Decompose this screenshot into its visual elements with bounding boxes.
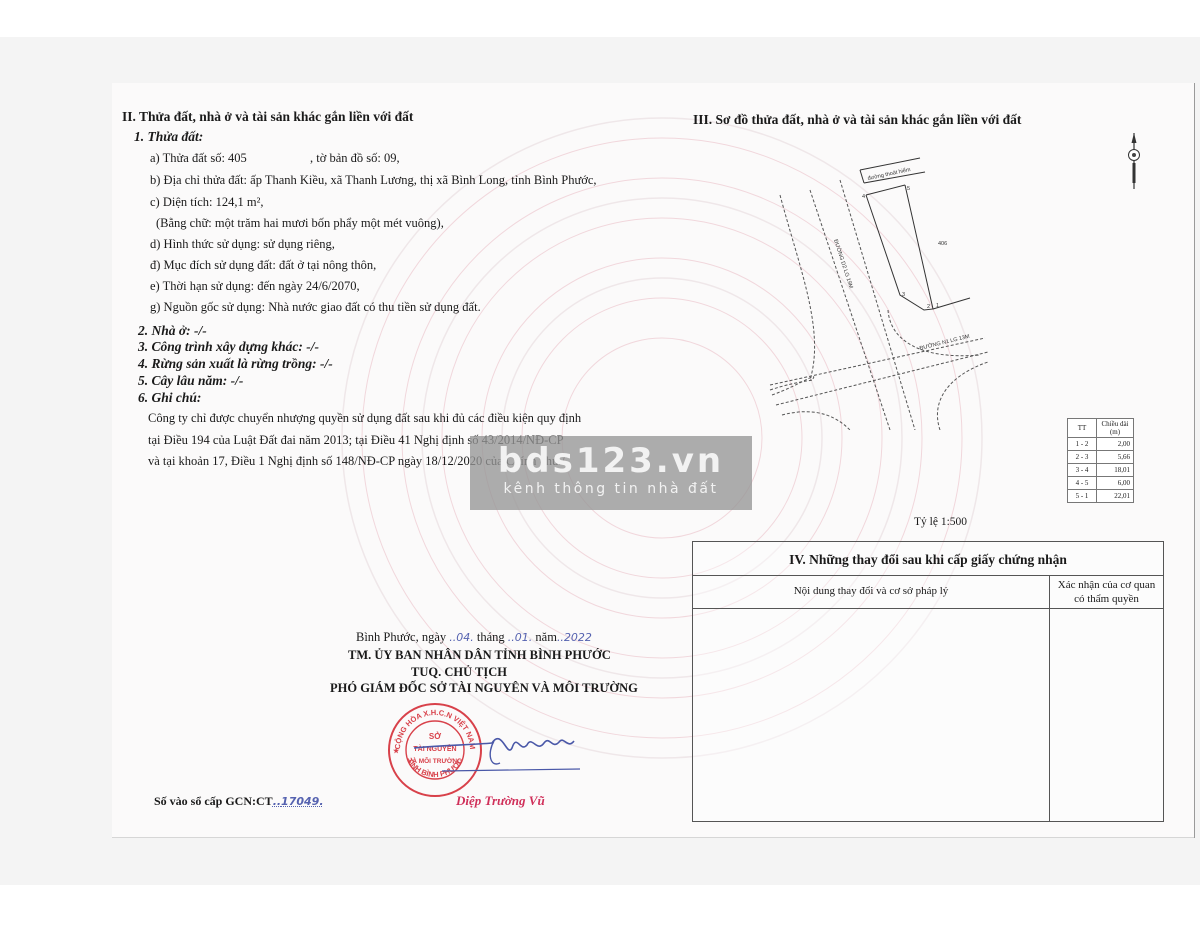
point-4: 4 <box>862 194 865 200</box>
parcel-address: b) Địa chỉ thửa đất: ấp Thanh Kiều, xã T… <box>150 173 597 188</box>
handwritten-signature <box>412 723 582 778</box>
table-row: 3 - 418,01 <box>1068 464 1134 477</box>
signer-authority: TUQ. CHỦ TỊCH <box>411 665 507 680</box>
item-production-forest: 4. Rừng sản xuất là rừng trồng: -/- <box>138 356 333 372</box>
watermark-tagline: kênh thông tin nhà đất <box>470 480 752 498</box>
table-row: 1 - 22,00 <box>1068 438 1134 451</box>
date-day: 04 <box>456 631 470 644</box>
date-year: 2022 <box>564 631 592 644</box>
alley-label: đường thoát hiểm <box>867 166 912 182</box>
usage-term: e) Thời hạn sử dụng: đến ngày 24/6/2070, <box>150 279 360 294</box>
col-authority-confirmation: Xác nhận của cơ quan có thẩm quyền <box>1050 576 1163 608</box>
note-line: Công ty chỉ được chuyển nhượng quyền sử … <box>148 411 581 426</box>
svg-text:★: ★ <box>393 747 400 755</box>
registry-number: Số vào sổ cấp GCN:CT..17049. <box>154 794 324 809</box>
parcel-heading: 1. Thửa đất: <box>134 129 203 145</box>
usage-form: d) Hình thức sử dụng: sử dụng riêng, <box>150 237 335 252</box>
col-length: Chiều dài (m) <box>1097 419 1134 438</box>
road-d2-label: ĐƯỜNG D2 LG 19M <box>832 238 855 289</box>
map-scale: Tỷ lệ 1:500 <box>914 516 967 528</box>
usage-origin: g) Nguồn gốc sử dụng: Nhà nước giao đất … <box>150 300 481 315</box>
watermark-bds123: bds123.vn kênh thông tin nhà đất <box>470 436 752 510</box>
col-change-content: Nội dung thay đổi và cơ sở pháp lý <box>693 576 1050 608</box>
item-house: 2. Nhà ở: -/- <box>138 323 207 339</box>
signer-title: PHÓ GIÁM ĐỐC SỞ TÀI NGUYÊN VÀ MÔI TRƯỜNG <box>330 681 638 696</box>
parcel-area-words: (Bằng chữ: một trăm hai mươi bốn phẩy mộ… <box>156 216 444 231</box>
table-row: 5 - 122,01 <box>1068 490 1134 503</box>
parcel-area: c) Diện tích: 124,1 m², <box>150 195 263 210</box>
usage-purpose: đ) Mục đích sử dụng đất: đất ở tại nông … <box>150 258 376 273</box>
section-ii-title: II. Thửa đất, nhà ở và tài sản khác gắn … <box>122 109 413 125</box>
signer-name: Diệp Trường Vũ <box>456 793 545 809</box>
section-iv-title: IV. Những thay đổi sau khi cấp giấy chứn… <box>693 542 1163 576</box>
item-notes: 6. Ghi chú: <box>138 390 201 406</box>
watermark-brand: bds123.vn <box>470 442 752 480</box>
neighbor-parcel-label: 406 <box>938 241 947 247</box>
parcel-number: a) Thửa đất số: 405 <box>150 151 247 166</box>
col-segment: TT <box>1068 419 1097 438</box>
table-row: 4 - 56,00 <box>1068 477 1134 490</box>
segment-length-table: TT Chiều dài (m) 1 - 22,00 2 - 35,66 3 -… <box>1067 418 1134 503</box>
place-date: Bình Phước, ngày ..04. tháng ..01. năm..… <box>356 630 592 645</box>
point-1: 1 <box>936 303 939 309</box>
point-2: 2 <box>927 304 930 310</box>
section-iii-title: III. Sơ đồ thửa đất, nhà ở và tài sản kh… <box>693 112 1021 128</box>
registry-value: 17049 <box>281 795 319 808</box>
date-month: 01 <box>515 631 529 644</box>
item-perennial-trees: 5. Cây lâu năm: -/- <box>138 373 243 389</box>
compass-north-icon <box>1126 131 1142 191</box>
change-content-cell <box>693 609 1050 822</box>
item-other-construction: 3. Công trình xây dựng khác: -/- <box>138 339 319 355</box>
table-row: 2 - 35,66 <box>1068 451 1134 464</box>
road-n1-label: ĐƯỜNG N1 LG 13M <box>919 333 971 352</box>
point-5: 5 <box>907 186 910 192</box>
changes-table: IV. Những thay đổi sau khi cấp giấy chứn… <box>692 541 1164 822</box>
map-sheet-number: , tờ bản đồ số: 09, <box>310 151 400 166</box>
signer-org: TM. ỦY BAN NHÂN DÂN TỈNH BÌNH PHƯỚC <box>348 648 611 663</box>
parcel-map: đường thoát hiểm 4 5 3 2 1 406 ĐƯỜNG D2 … <box>760 150 1090 430</box>
point-3: 3 <box>902 292 905 298</box>
